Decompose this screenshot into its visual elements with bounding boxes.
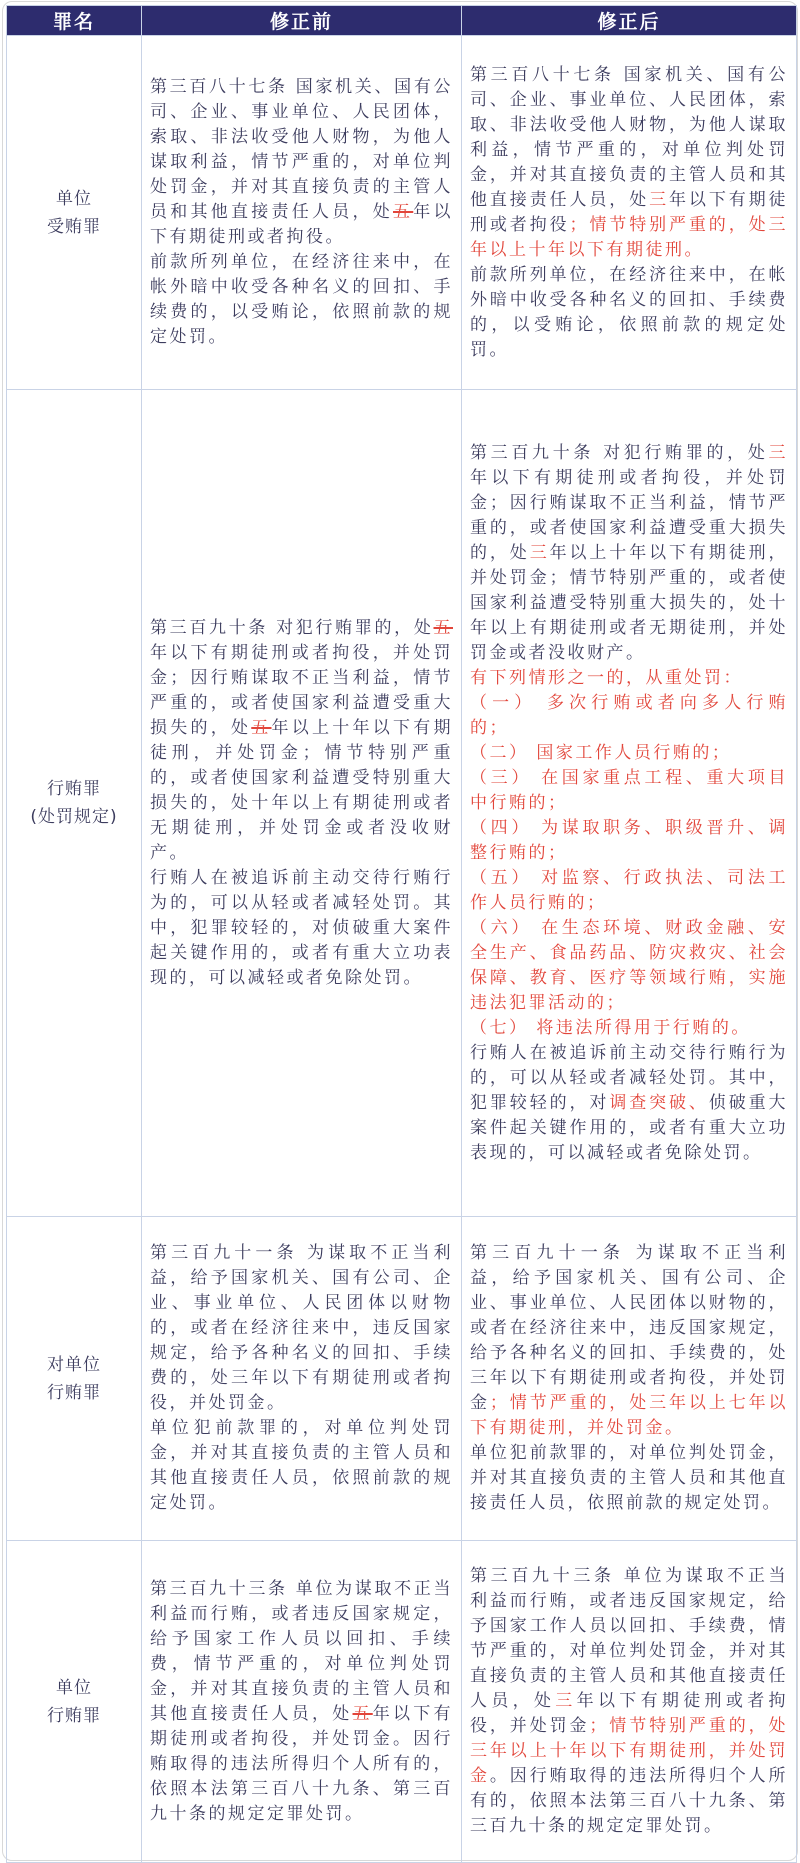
table-row: 对单位行贿罪 第三百九十一条 为谋取不正当利益，给予国家机关、国有公司、企业、事… — [7, 1217, 797, 1541]
after-paragraph: （一） 多次行贿或者向多人行贿的； — [470, 691, 788, 741]
highlighted-text-segment: ；情节严重的，处三年以上七年以下有期徒刑，并处罚金。 — [470, 1393, 788, 1438]
highlighted-text-segment: （五） 对监察、行政执法、司法工作人员行贿的； — [470, 868, 788, 913]
before-paragraph: 第三百九十三条 单位为谋取不正当利益而行贿，或者违反国家规定，给予国家工作人员以… — [150, 1577, 453, 1827]
before-amendment-cell: 第三百九十三条 单位为谋取不正当利益而行贿，或者违反国家规定，给予国家工作人员以… — [142, 1541, 462, 1863]
crime-name-cell: 对单位行贿罪 — [7, 1217, 142, 1541]
crime-name-line: 行贿罪 — [9, 1702, 139, 1730]
law-comparison-card: 罪名 修正前 修正后 单位受贿罪 第三百八十七条 国家机关、国有公司、企业、事业… — [2, 1, 798, 1861]
after-paragraph: （六） 在生态环境、财政金融、安全生产、食品药品、防灾救灾、社会保障、教育、医疗… — [470, 916, 788, 1016]
text-segment: 第三百九十三条 单位为谋取不正当利益而行贿，或者违反国家规定，给予国家工作人员以… — [150, 1579, 453, 1724]
before-amendment-cell: 第三百九十条 对犯行贿罪的，处五年以下有期徒刑或者拘役，并处罚金；因行贿谋取不正… — [142, 390, 462, 1217]
highlighted-text-segment: （一） 多次行贿或者向多人行贿的； — [470, 693, 788, 738]
before-paragraph: 第三百九十一条 为谋取不正当利益，给予国家机关、国有公司、企业、事业单位、人民团… — [150, 1241, 453, 1416]
table-row: 行贿罪(处罚规定) 第三百九十条 对犯行贿罪的，处五年以下有期徒刑或者拘役，并处… — [7, 390, 797, 1217]
struck-text-segment: 五 — [353, 1704, 373, 1724]
before-paragraph: 第三百九十条 对犯行贿罪的，处五年以下有期徒刑或者拘役，并处罚金；因行贿谋取不正… — [150, 616, 453, 866]
highlighted-text-segment: （六） 在生态环境、财政金融、安全生产、食品药品、防灾救灾、社会保障、教育、医疗… — [470, 918, 788, 1013]
after-paragraph: （二） 国家工作人员行贿的； — [470, 741, 788, 766]
before-amendment-cell: 第三百九十一条 为谋取不正当利益，给予国家机关、国有公司、企业、事业单位、人民团… — [142, 1217, 462, 1541]
after-paragraph: 第三百九十一条 为谋取不正当利益，给予国家机关、国有公司、企业、事业单位、人民团… — [470, 1241, 788, 1441]
header-before-amendment: 修正前 — [142, 6, 462, 36]
after-amendment-cell: 第三百八十七条 国家机关、国有公司、企业、事业单位、人民团体，索取、非法收受他人… — [462, 36, 797, 390]
text-segment: 行贿人在被追诉前主动交待行贿行为的，可以从轻或者减轻处罚。其中，犯罪较轻的，对侦… — [150, 868, 453, 988]
text-segment: 第三百九十一条 为谋取不正当利益，给予国家机关、国有公司、企业、事业单位、人民团… — [150, 1243, 453, 1413]
struck-text-segment: 五 — [434, 618, 454, 638]
crime-name-line: 行贿罪 — [9, 775, 139, 803]
text-segment: 第三百九十三条 单位为谋取不正当利益而行贿，或者违反国家规定，给予国家工作人员以… — [470, 1566, 788, 1711]
after-paragraph: 有下列情形之一的，从重处罚： — [470, 666, 788, 691]
highlighted-text-segment: 调查突破、 — [609, 1093, 709, 1113]
crime-name-cell: 行贿罪(处罚规定) — [7, 390, 142, 1217]
crime-name-line: 受贿罪 — [9, 213, 139, 241]
after-paragraph: 第三百九十条 对犯行贿罪的，处三年以下有期徒刑或者拘役，并处罚金；因行贿谋取不正… — [470, 441, 788, 666]
table-body: 单位受贿罪 第三百八十七条 国家机关、国有公司、企业、事业单位、人民团体，索取、… — [7, 36, 797, 1863]
highlighted-text-segment: （二） 国家工作人员行贿的； — [470, 743, 731, 763]
highlighted-text-segment: 三 — [530, 543, 550, 563]
table-row: 单位行贿罪 第三百九十三条 单位为谋取不正当利益而行贿，或者违反国家规定，给予国… — [7, 1541, 797, 1863]
after-paragraph: （五） 对监察、行政执法、司法工作人员行贿的； — [470, 866, 788, 916]
crime-name-line: 行贿罪 — [9, 1379, 139, 1407]
highlighted-text-segment: 有下列情形之一的，从重处罚： — [470, 668, 743, 688]
crime-name-line: (处罚规定) — [9, 803, 139, 831]
highlighted-text-segment: （三） 在国家重点工程、重大项目中行贿的； — [470, 768, 788, 813]
crime-name-cell: 单位行贿罪 — [7, 1541, 142, 1863]
crime-name-cell: 单位受贿罪 — [7, 36, 142, 390]
highlighted-text-segment: 三 — [769, 443, 789, 463]
after-paragraph: （四） 为谋取职务、职级晋升、调整行贿的； — [470, 816, 788, 866]
text-segment: 。因行贿取得的违法所得归个人所有的，依照本法第三百八十九条、第三百九十条的规定定… — [470, 1766, 788, 1836]
table-header-row: 罪名 修正前 修正后 — [7, 6, 797, 36]
before-paragraph: 行贿人在被追诉前主动交待行贿行为的，可以从轻或者减轻处罚。其中，犯罪较轻的，对侦… — [150, 866, 453, 991]
text-segment: 前款所列单位，在经济往来中，在帐外暗中收受各种名义的回扣、手续费的，以受贿论，依… — [470, 265, 788, 360]
header-after-amendment: 修正后 — [462, 6, 797, 36]
before-paragraph: 单位犯前款罪的，对单位判处罚金，并对其直接负责的主管人员和其他直接责任人员，依照… — [150, 1416, 453, 1516]
struck-text-segment: 五 — [251, 718, 271, 738]
before-paragraph: 第三百八十七条 国家机关、国有公司、企业、事业单位、人民团体，索取、非法收受他人… — [150, 75, 453, 250]
text-segment: 第三百八十七条 国家机关、国有公司、企业、事业单位、人民团体，索取、非法收受他人… — [150, 77, 453, 222]
header-crime-name: 罪名 — [7, 6, 142, 36]
after-amendment-cell: 第三百九十一条 为谋取不正当利益，给予国家机关、国有公司、企业、事业单位、人民团… — [462, 1217, 797, 1541]
text-segment: 年以上十年以下有期徒刑，并处罚金；情节特别严重的，或者使国家利益遭受特别重大损失… — [150, 718, 453, 863]
crime-name-line: 对单位 — [9, 1351, 139, 1379]
struck-text-segment: 五 — [393, 202, 413, 222]
after-amendment-cell: 第三百九十条 对犯行贿罪的，处三年以下有期徒刑或者拘役，并处罚金；因行贿谋取不正… — [462, 390, 797, 1217]
highlighted-text-segment: 三 — [555, 1691, 576, 1711]
highlighted-text-segment: （七） 将违法所得用于行贿的。 — [470, 1018, 751, 1038]
before-amendment-cell: 第三百八十七条 国家机关、国有公司、企业、事业单位、人民团体，索取、非法收受他人… — [142, 36, 462, 390]
after-paragraph: 行贿人在被追诉前主动交待行贿行为的，可以从轻或者减轻处罚。其中，犯罪较轻的，对调… — [470, 1041, 788, 1166]
text-segment: 第三百八十七条 国家机关、国有公司、企业、事业单位、人民团体，索取、非法收受他人… — [470, 65, 788, 210]
text-segment: 单位犯前款罪的，对单位判处罚金，并对其直接负责的主管人员和其他直接责任人员，依照… — [470, 1443, 788, 1513]
text-segment: 第三百九十条 对犯行贿罪的，处 — [470, 443, 769, 463]
after-paragraph: 第三百九十三条 单位为谋取不正当利益而行贿，或者违反国家规定，给予国家工作人员以… — [470, 1564, 788, 1839]
after-paragraph: （七） 将违法所得用于行贿的。 — [470, 1016, 788, 1041]
text-segment: 单位犯前款罪的，对单位判处罚金，并对其直接负责的主管人员和其他直接责任人员，依照… — [150, 1418, 453, 1513]
after-paragraph: 第三百八十七条 国家机关、国有公司、企业、事业单位、人民团体，索取、非法收受他人… — [470, 63, 788, 263]
after-paragraph: （三） 在国家重点工程、重大项目中行贿的； — [470, 766, 788, 816]
table-row: 单位受贿罪 第三百八十七条 国家机关、国有公司、企业、事业单位、人民团体，索取、… — [7, 36, 797, 390]
law-comparison-table: 罪名 修正前 修正后 单位受贿罪 第三百八十七条 国家机关、国有公司、企业、事业… — [6, 5, 797, 1863]
text-segment: 前款所列单位，在经济往来中，在帐外暗中收受各种名义的回扣、手续费的，以受贿论，依… — [150, 252, 453, 347]
after-amendment-cell: 第三百九十三条 单位为谋取不正当利益而行贿，或者违反国家规定，给予国家工作人员以… — [462, 1541, 797, 1863]
crime-name-line: 单位 — [9, 185, 139, 213]
after-paragraph: 前款所列单位，在经济往来中，在帐外暗中收受各种名义的回扣、手续费的，以受贿论，依… — [470, 263, 788, 363]
highlighted-text-segment: 三 — [649, 190, 669, 210]
before-paragraph: 前款所列单位，在经济往来中，在帐外暗中收受各种名义的回扣、手续费的，以受贿论，依… — [150, 250, 453, 350]
after-paragraph: 单位犯前款罪的，对单位判处罚金，并对其直接负责的主管人员和其他直接责任人员，依照… — [470, 1441, 788, 1516]
text-segment: 第三百九十一条 为谋取不正当利益，给予国家机关、国有公司、企业、事业单位、人民团… — [470, 1243, 788, 1413]
highlighted-text-segment: （四） 为谋取职务、职级晋升、调整行贿的； — [470, 818, 788, 863]
crime-name-line: 单位 — [9, 1674, 139, 1702]
text-segment: 第三百九十条 对犯行贿罪的，处 — [150, 618, 434, 638]
